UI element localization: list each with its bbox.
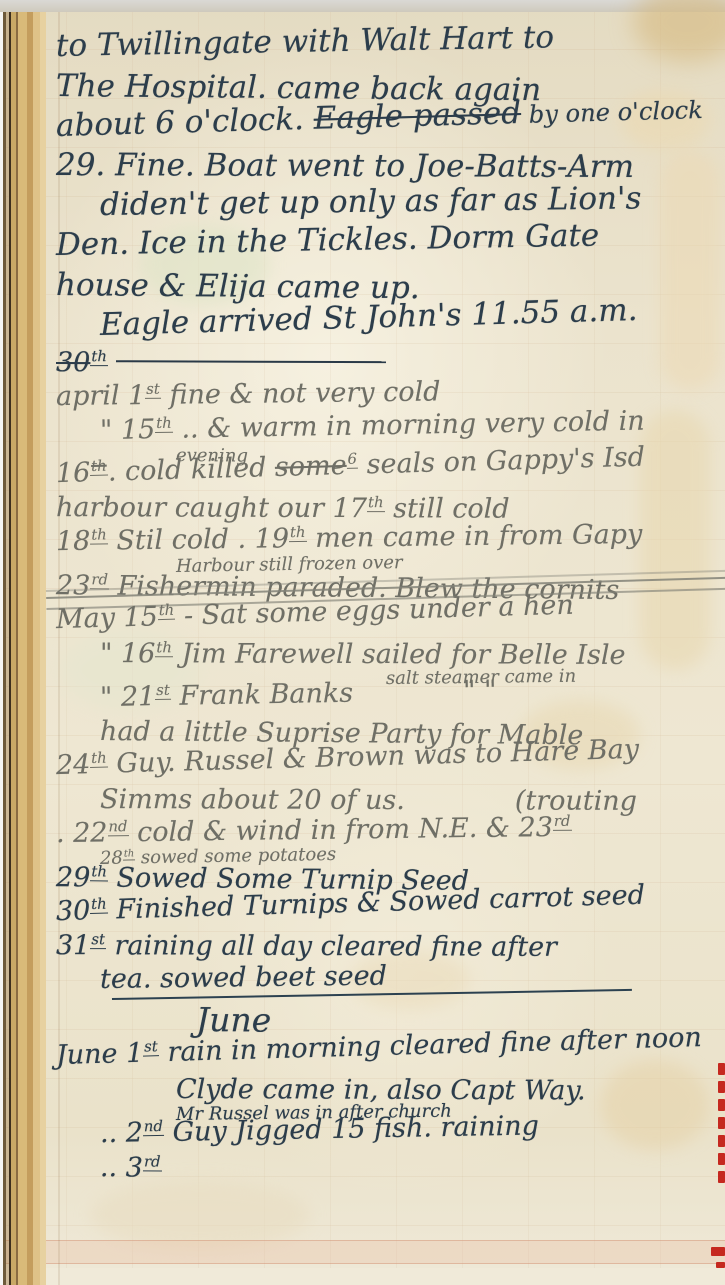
text-run: " 16: [100, 638, 155, 669]
text-run: tea. sowed beet seed: [100, 961, 387, 996]
entry-twillingate: to Twillingate with Walt Hart to: [56, 16, 725, 65]
text-run: " 21: [100, 681, 156, 713]
ordinal-suffix: rd: [90, 571, 109, 590]
text-run: Frank Banks: [171, 678, 354, 712]
text-run: raining all day cleared fine after: [106, 930, 557, 963]
ordinal-suffix: rd: [143, 1152, 162, 1171]
ordinal-suffix: th: [90, 895, 108, 914]
text-run: seals on Gappy's Isd: [358, 442, 646, 481]
struck-text: Eagle passed: [313, 95, 521, 137]
ordinal-suffix: th: [123, 849, 136, 861]
text-run: by one o'clock: [521, 96, 704, 129]
text-run: Guy Jigged 15 fish. raining: [164, 1110, 539, 1148]
text-run: . 22: [56, 818, 108, 850]
entry-may-21: " 21st Frank Banks" ": [100, 671, 725, 715]
ordinal-suffix: th: [90, 347, 108, 366]
ordinal-suffix: nd: [143, 1117, 164, 1136]
text-run: . cold killed: [107, 452, 275, 488]
ordinal-suffix: th: [289, 523, 307, 542]
ordinal-suffix: th: [90, 526, 108, 545]
ordinal-suffix: 6: [346, 450, 358, 469]
ordinal-suffix: st: [143, 1037, 159, 1056]
text-run: .. 3: [100, 1152, 143, 1183]
text-run: Stil cold . 19: [108, 524, 290, 557]
text-run: to Twillingate with Walt Hart to: [56, 19, 555, 64]
text-run: 23: [56, 570, 91, 601]
text-run: " ": [463, 675, 497, 707]
text-run: 29. Fine. Boat went to Joe-Batts-Arm: [56, 147, 634, 185]
ordinal-suffix: st: [145, 379, 161, 398]
diary-page-photo: to Twillingate with Walt Hart toThe Hosp…: [0, 0, 725, 1285]
text-run: 29: [56, 862, 91, 893]
ordinal-suffix: th: [90, 749, 108, 768]
ordinal-suffix: th: [155, 413, 173, 432]
text-run: harbour caught our 17: [56, 493, 367, 525]
struck-text: th: [90, 457, 108, 476]
ordinal-suffix: st: [90, 930, 106, 949]
text-run: fine & not very cold: [161, 376, 441, 410]
text-run: Den. Ice in the Tickles. Dorm Gate: [56, 218, 600, 263]
ordinal-suffix: th: [157, 601, 175, 620]
struck-text: some: [275, 450, 348, 483]
text-run: Simms about 20 of us.: [100, 784, 405, 816]
text-run: 24: [56, 749, 91, 781]
entry-june-3: .. 3rd: [100, 1152, 725, 1190]
text-run: .. 2: [100, 1117, 143, 1149]
ordinal-suffix: th: [367, 494, 385, 513]
hand-drawn-rule: [116, 360, 386, 363]
photo-top-edge: [0, 0, 725, 12]
ordinal-suffix: th: [155, 639, 173, 658]
book-spine: [0, 0, 46, 1285]
ordinal-suffix: st: [155, 681, 171, 700]
text-run: " 15: [100, 414, 156, 446]
text-run: april 1: [56, 380, 146, 412]
struck-text: 30: [56, 347, 90, 378]
text-run: 31: [56, 930, 90, 961]
text-run: 30: [56, 895, 91, 927]
text-run: May 15: [56, 602, 159, 636]
text-run: 16: [56, 458, 91, 490]
ordinal-suffix: rd: [553, 812, 572, 831]
text-run: June 1: [56, 1038, 144, 1071]
text-run: 18: [56, 526, 91, 557]
text-run: diden't get up only as far as Lion's: [100, 181, 642, 224]
ordinal-suffix: th: [90, 862, 108, 881]
ordinal-suffix: nd: [107, 817, 128, 836]
handwriting-area: to Twillingate with Walt Hart toThe Hosp…: [48, 12, 725, 1285]
text-run: about 6 o'clock.: [55, 100, 314, 143]
